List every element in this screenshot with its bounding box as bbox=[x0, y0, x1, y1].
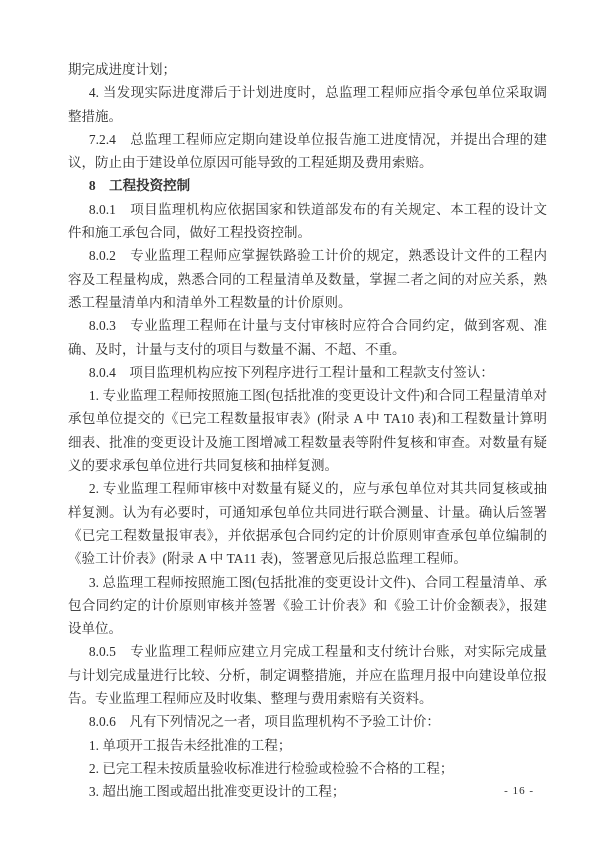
document-body: 期完成进度计划；4. 当发现实际进度滞后于计划进度时，总监理工程师应指令承包单位… bbox=[68, 58, 547, 804]
paragraph: 8.0.6 凡有下列情况之一者，项目监理机构不予验工计价： bbox=[68, 710, 547, 733]
page-number: - 16 - bbox=[504, 784, 534, 798]
paragraph: 7.2.4 总监理工程师应定期向建设单位报告施工进度情况，并提出合理的建议，防止… bbox=[68, 128, 547, 175]
paragraph: 期完成进度计划； bbox=[68, 58, 547, 81]
paragraph: 8.0.2 专业监理工程师应掌握铁路验工计价的规定，熟悉设计文件的工程内容及工程… bbox=[68, 244, 547, 314]
paragraph: 1. 单项开工报告未经批准的工程； bbox=[68, 734, 547, 757]
paragraph: 2. 已完工程未按质量验收标准进行检验或检验不合格的工程； bbox=[68, 757, 547, 780]
document-page: 期完成进度计划；4. 当发现实际进度滞后于计划进度时，总监理工程师应指令承包单位… bbox=[0, 0, 600, 848]
paragraph: 3. 超出施工图或超出批准变更设计的工程； bbox=[68, 780, 547, 803]
section-heading: 8 工程投资控制 bbox=[68, 174, 547, 197]
paragraph: 3. 总监理工程师按照施工图(包括批准的变更设计文件)、合同工程量清单、承包合同… bbox=[68, 571, 547, 641]
paragraph: 8.0.4 项目监理机构应按下列程序进行工程计量和工程款支付签认： bbox=[68, 361, 547, 384]
paragraph: 1. 专业监理工程师按照施工图(包括批准的变更设计文件)和合同工程量清单对承包单… bbox=[68, 384, 547, 477]
paragraph: 8.0.1 项目监理机构应依据国家和铁道部发布的有关规定、本工程的设计文件和施工… bbox=[68, 198, 547, 245]
paragraph: 4. 当发现实际进度滞后于计划进度时，总监理工程师应指令承包单位采取调整措施。 bbox=[68, 81, 547, 128]
paragraph: 2. 专业监理工程师审核中对数量有疑义的，应与承包单位对其共同复核或抽样复测。认… bbox=[68, 477, 547, 570]
paragraph: 8.0.5 专业监理工程师应建立月完成工程量和支付统计台账，对实际完成量与计划完… bbox=[68, 640, 547, 710]
paragraph: 8.0.3 专业监理工程师在计量与支付审核时应符合合同约定，做到客观、准确、及时… bbox=[68, 314, 547, 361]
